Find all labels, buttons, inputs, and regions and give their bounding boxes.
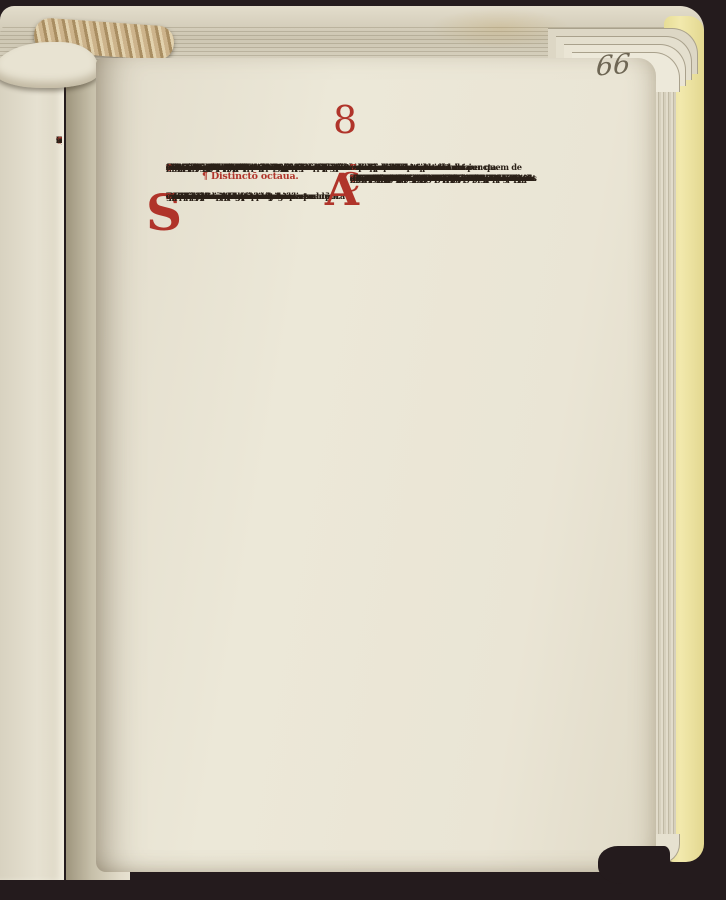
text-line: o dei iuditio.tamē i: [0, 135, 56, 142]
text-line: e ijgendo et applica: [0, 135, 56, 142]
text-line: ex ipis.natura eni d: [0, 135, 56, 142]
handwritten-folio-number: 66: [595, 48, 631, 82]
text-line: dducit.solus igit ille p: [0, 135, 56, 142]
text-line: lia.virtus dei opatur: [0, 135, 56, 142]
text-line: er.te3 nrãm iustificā: [0, 135, 56, 142]
text-line: s facere qui põt crea: [0, 135, 56, 142]
text-line: exterius et circa aliqd: [0, 135, 56, 142]
text-line: ane intelligat.¶ uli: [0, 135, 56, 142]
text-line: c uerū est.tunc sicut: [0, 135, 56, 142]
background-notch-at-page-corner: [598, 846, 670, 884]
text-line: Respõsio.vd q3 bea: [0, 135, 56, 142]
red-quire-numeral: 8: [333, 98, 357, 142]
text-line: de potentia in acti: [0, 135, 56, 142]
text-line: r opater iterius.tūc: [0, 135, 56, 142]
facing-page-fragment: o dei iuditio.tamē iultū est desiderare …: [0, 64, 64, 880]
text-line: er loquitur et orrati: [0, 135, 56, 142]
facing-page-text-column: o dei iuditio.tamē iultū est desiderare …: [0, 135, 56, 142]
text-line: agricola.opatõ aūt d: [0, 135, 56, 142]
text-line: virtus uero q prin: [0, 135, 56, 142]
text-line: utem suã usq3 ad iter: [0, 135, 56, 142]
text-line: rtificis solū exterius: [0, 135, 56, 142]
text-line: imilit omnia alia form: [0, 135, 56, 142]
text-line: turaliter pducuntur: [0, 135, 56, 142]
text-line: õnū semialiū.s3 inter: [0, 135, 56, 142]
text-line: s ex nihilo sic formari: [0, 135, 56, 142]
text-line: x aliis s3 ex nihilo.et: [0, 135, 56, 142]
text-line: ritur de hoc qd dicit: [0, 135, 56, 142]
text-line: lione ipam cõtias s: [0, 135, 56, 142]
text-line: it.¶ Ite creare ē pda: [0, 135, 56, 142]
text-line: ubilo.licet non opet: [0, 135, 56, 142]
text-line: creatores qa nõ opa: [0, 135, 56, 142]
text-line: otra.hui9 nõ uidetur: [0, 135, 56, 142]
text-line: edã est uirt9 q in pd: [0, 135, 56, 142]
text-line: or filii.nec agric: [0, 135, 56, 142]
text-line: ergo non esset creato: [0, 135, 56, 142]
text-line: non potest formare: [0, 135, 56, 142]
text-line: ultū est desiderare f: [0, 135, 56, 142]
photograph-of-open-incunabulum: o dei iuditio.tamē iultū est desiderare …: [0, 0, 726, 900]
text-column-left: seminales rões siue formarū primas essen…: [166, 162, 344, 191]
text-line: ia icõpleta non pduc: [0, 135, 56, 142]
text-line: r exteri9.quedã q pl: [0, 135, 56, 142]
two-column-text-block: seminales rões siue formarū primas essen…: [166, 162, 540, 191]
text-line: micos dei in his uide: [0, 135, 56, 142]
text-line: ed si demon ppria uir: [0, 135, 56, 142]
text-line: agens creatū nulla f: [0, 135, 56, 142]
text-line: n queritur de hoc qd: [0, 135, 56, 142]
text-line: edã ptim interi: [0, 135, 56, 142]
text-line: isi deus.qa grã nõ e: [0, 135, 56, 142]
text-line: o a natura uel potent: [0, 135, 56, 142]
text-line: opetur iterius sicut: [0, 135, 56, 142]
curled-leaf-edge: [0, 42, 98, 88]
text-line: futura.et qsi magna: [0, 135, 56, 142]
text-line: onit.ipam tam adu: [0, 135, 56, 142]
text-line: est uirtus nature q e: [0, 135, 56, 142]
text-column-right: in corpalibus 1c. Prima pars habet duas.…: [350, 162, 540, 191]
text-line: s cpatõni agricole qs: [0, 135, 56, 142]
recto-page: 66 8 seminales rões siue formarū primas …: [96, 58, 656, 872]
text-line: a primordialia semia: [0, 135, 56, 142]
